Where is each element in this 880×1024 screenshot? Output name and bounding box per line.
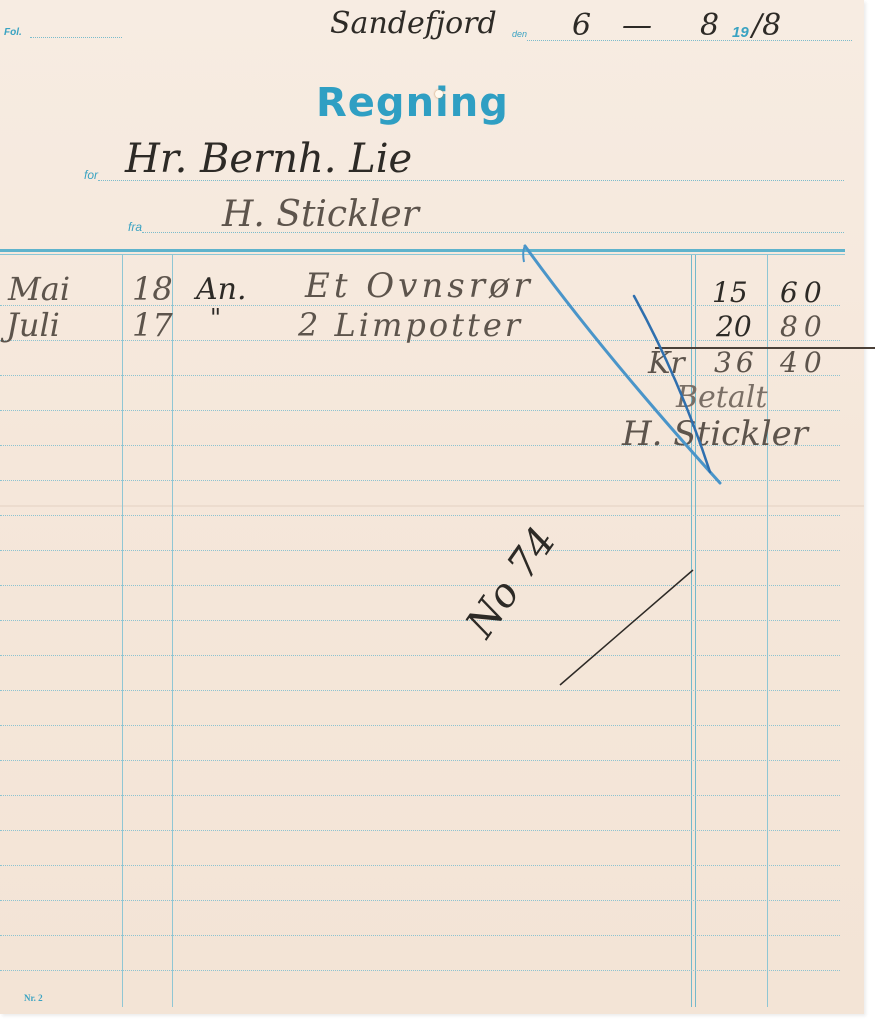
reference-underline-stroke [560, 570, 693, 685]
blue-pencil-check-tail [523, 246, 525, 262]
blue-pencil-check-stroke-2 [634, 296, 710, 472]
blue-pencil-check-stroke [525, 246, 720, 483]
form-number: Nr. 2 [24, 993, 43, 1003]
invoice-sheet: Fol. Sandefjord den 6 — 8 19 /8 Regning … [0, 0, 864, 1014]
annotation-strokes [0, 0, 880, 1024]
